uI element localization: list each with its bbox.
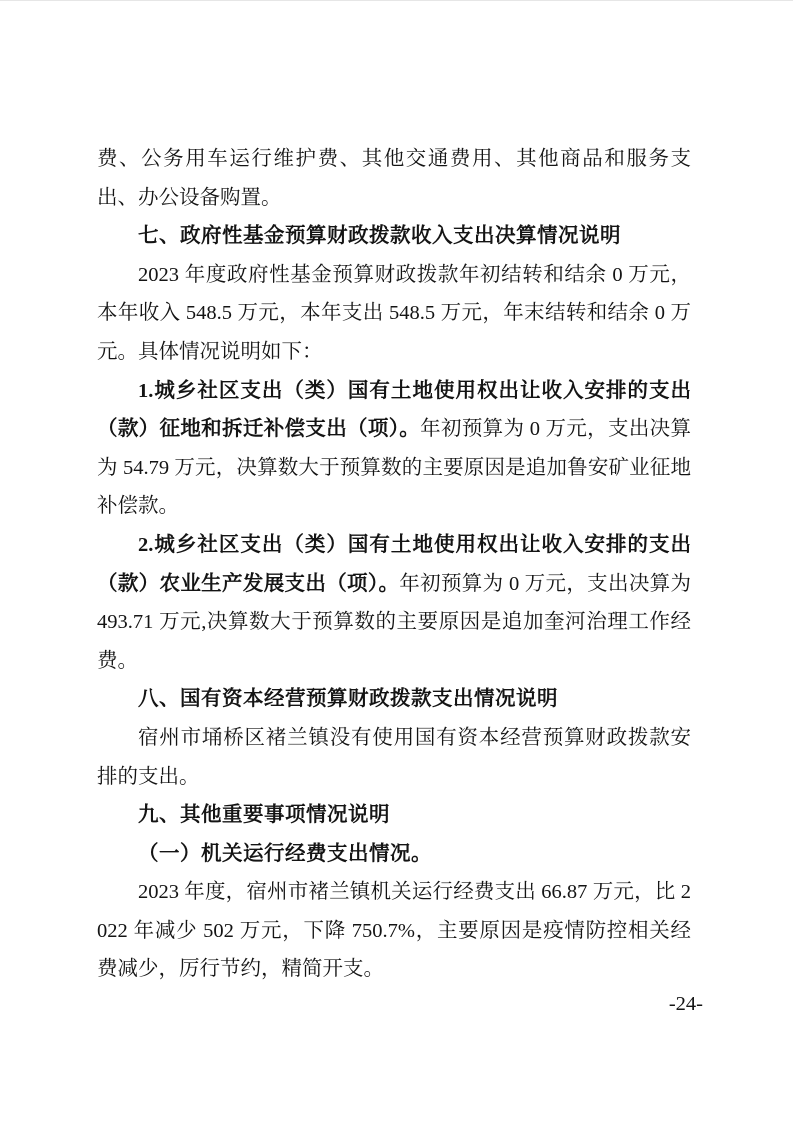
section-heading-state-capital: 八、国有资本经营预算财政拨款支出情况说明 xyxy=(97,680,691,719)
document-page: 费、公务用车运行维护费、其他交通费用、其他商品和服务支出、办公设备购置。 七、政… xyxy=(0,0,793,1122)
page-content: 费、公务用车运行维护费、其他交通费用、其他商品和服务支出、办公设备购置。 七、政… xyxy=(97,140,691,989)
section-heading-gov-fund-budget: 七、政府性基金预算财政拨款收入支出决算情况说明 xyxy=(97,217,691,256)
subheading-agency-operating-expense: （一）机关运行经费支出情况。 xyxy=(97,835,691,874)
paragraph-agency-operating-expense: 2023 年度，宿州市褚兰镇机关运行经费支出 66.87 万元，比 2022 年… xyxy=(97,873,691,989)
paragraph-item-1: 1.城乡社区支出（类）国有土地使用权出让收入安排的支出（款）征地和拆迁补偿支出（… xyxy=(97,372,691,526)
paragraph-carryover: 费、公务用车运行维护费、其他交通费用、其他商品和服务支出、办公设备购置。 xyxy=(97,140,691,217)
paragraph-state-capital: 宿州市埇桥区褚兰镇没有使用国有资本经营预算财政拨款安排的支出。 xyxy=(97,719,691,796)
paragraph-item-2: 2.城乡社区支出（类）国有土地使用权出让收入安排的支出（款）农业生产发展支出（项… xyxy=(97,526,691,680)
section-heading-other-matters: 九、其他重要事项情况说明 xyxy=(97,796,691,835)
paragraph-gov-fund-summary: 2023 年度政府性基金预算财政拨款年初结转和结余 0 万元，本年收入 548.… xyxy=(97,256,691,372)
page-number: -24- xyxy=(669,993,703,1015)
